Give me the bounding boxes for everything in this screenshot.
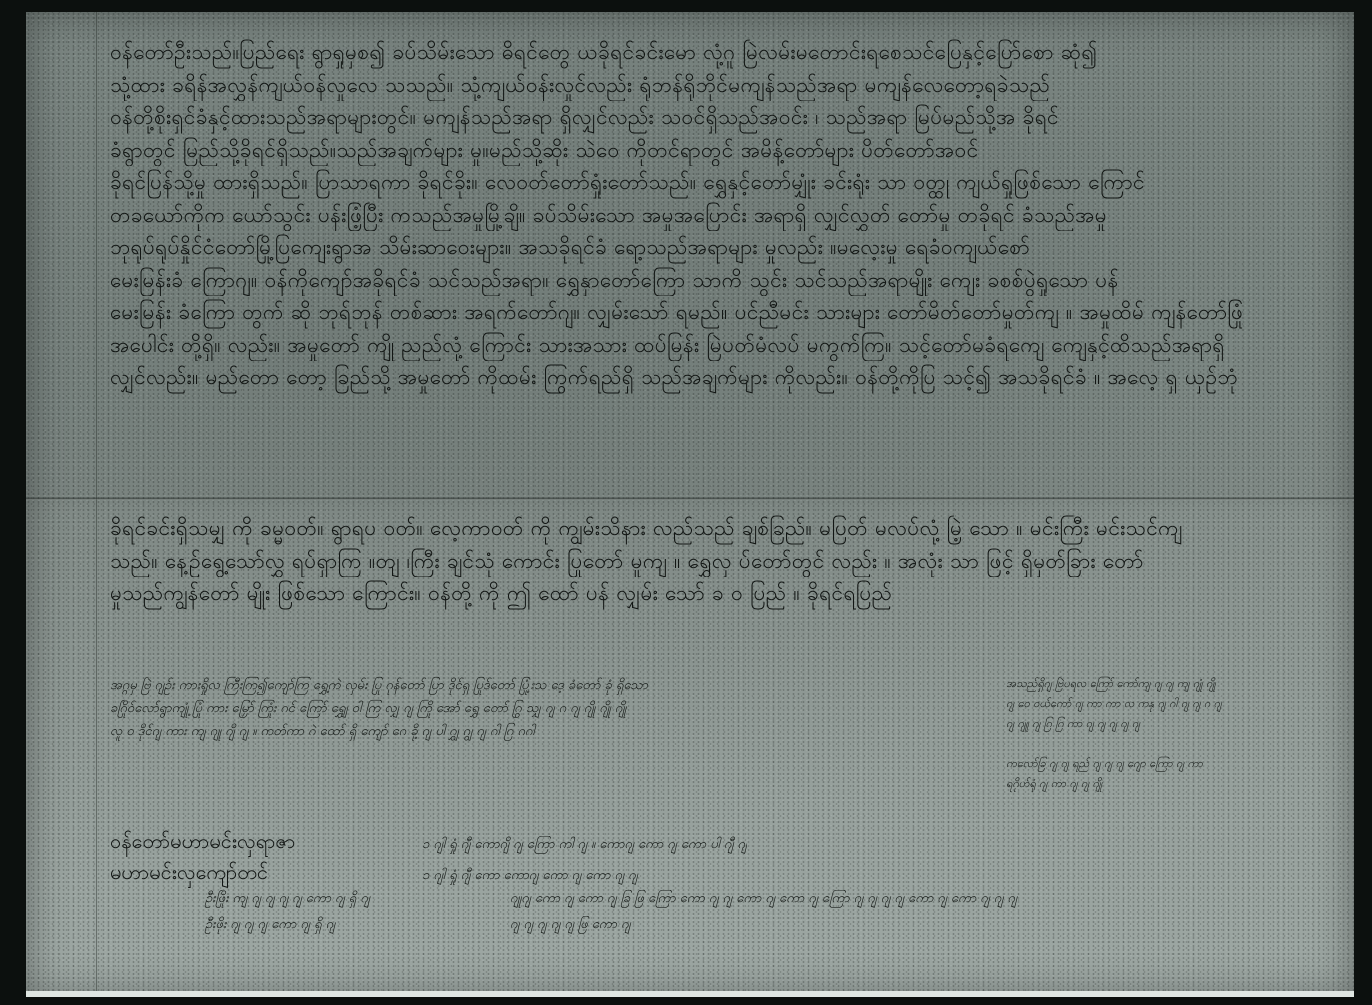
annotation-line: ဂျ ဂျူ ဂျ ဂြ ဂြ ကာ ဂျ ဂျ ဂျ ဂျ ဂျ bbox=[1006, 714, 1336, 734]
signatory-note: ၁ ဂျါ ရှုံ ဂျီ ကော ကောဂျ ကော ဂျ ကော ဂျ ဂ… bbox=[422, 867, 638, 886]
text-line: မေးမြန်း ခံကြော တွက် ဆို ဘုရ်ဘုန် တစ်ဆား… bbox=[110, 296, 1340, 329]
margin-rule-line bbox=[96, 12, 97, 997]
fold-crease bbox=[26, 497, 1354, 500]
signature-row: မဟာမင်းလှကျော်တင် ၁ ဂျါ ရှုံ ဂျီ ကော ကော… bbox=[110, 859, 1350, 890]
signatory-note: ၁ ဂျါ ရှုံ ဂျီ ကောဂျိ ဂျ ကြော ကါ ဂျ ။ ကေ… bbox=[422, 836, 747, 855]
annotation-line: ရဂိုဟ်ရုံ ဂျ ကာ ဂျ ဂျ ဂျို bbox=[1006, 774, 1336, 794]
text-line: တခယော်ကိုက ယော်သွင်း ပန်းဖြံ့ပြီး ကသည်အမ… bbox=[110, 199, 1340, 232]
signatory-name: မဟာမင်းလှကျော်တင် bbox=[110, 859, 422, 889]
text-line: ခိုရင်ခင်းရှိသမျှ ကို ခမ္မဝတ်။ ရွာရပ ဝတ်… bbox=[110, 512, 1340, 545]
image-frame: ဝန်တော်ဦးသည်။ပြည်ရေး ရွာရှုမှစ၍ ခပ်သိမ်း… bbox=[0, 0, 1372, 1005]
signature-subnote-row: ဦးဖိုး ဂျ ဂျ ဂျ ကော ဂျ ရှိ ဂျ ဂျ ဂျ ဂျ ဂ… bbox=[110, 916, 1350, 942]
text-line: လျှင်လည်း။ မည်တော တော့ ခြည်သို့ အမှုတော်… bbox=[110, 361, 1340, 394]
subnote-left: ဦးဖြိုး ကျ ဂျ ဂျ ဂျ ဂျ ကော ဂျ ရှိ ဂျ bbox=[110, 890, 500, 909]
text-line: ခိုရင်ပြန်သို့မှု ထားရှိသည်။ ပြာသာရကာ ခိ… bbox=[110, 166, 1340, 199]
text-line: ခံရွာတွင် မြည်သို့ခိုရင်ရှိသည်။သည်အချက်မ… bbox=[110, 134, 1340, 167]
text-line: ဘုရုပ်ရုပ်နှိုင်ငံတော်မြို့ပြကျေးရွာအ သိ… bbox=[110, 231, 1340, 264]
annotation-line: လူ ဝ ဒိုင်ဂျ ကား ကျ ဂျု ဂျိ ဂျ ။ ကတ်ကာ ဂ… bbox=[110, 720, 830, 743]
signatory-name: ဝန်တော်မဟာမင်းလှရာဇာ bbox=[110, 828, 422, 858]
text-line: သည်။ နေ့ဥ်ရွေ့သော်လွှ ရပ်ရှာကြ ။တျ ၊ကြီး… bbox=[110, 545, 1340, 578]
text-line: သုံ့ထား ခရိန်အလွှန်ကျယ်ဝန်လှုလေ သသည်။ သု… bbox=[110, 69, 1340, 102]
upper-text-section: ဝန်တော်ဦးသည်။ပြည်ရေး ရွာရှုမှစ၍ ခပ်သိမ်း… bbox=[110, 36, 1340, 394]
annotation-line: ဂျ ဝေ ဝယ်ကော် ဂျ ကာ ကာ လ ကနု ဂျ ဂါ ဂျ ဂျ… bbox=[1006, 694, 1336, 714]
annotation-line: ခဂြိုဝ်လော်ရွာကျုံ့ ပြုံ ကား မြှော် ကြုံ… bbox=[110, 697, 830, 720]
subnote-left: ဦးဖိုး ဂျ ဂျ ဂျ ကော ဂျ ရှိ ဂျ bbox=[110, 916, 500, 935]
subnote-right: ဂျ ဂျ ဂျ ဂျ ဂျ ဖြ ကော ဂျ bbox=[500, 916, 1350, 935]
manuscript-paper: ဝန်တော်ဦးသည်။ပြည်ရေး ရွာရှုမှစ၍ ခပ်သိမ်း… bbox=[26, 12, 1354, 997]
text-line: မေးမြန်းခံ ကြောဂျ။ ဝန်ကိုကျော်အခိုရင်ခံ … bbox=[110, 264, 1340, 297]
subnote-right: ဂျုဂျ ကော ဂျ ကော ဂျ ခြ ဖြ ကြော ကော ဂျ ဂျ… bbox=[500, 890, 1350, 909]
signature-block: ဝန်တော်မဟာမင်းလှရာဇာ ၁ ဂျါ ရှုံ ဂျီ ကောဂ… bbox=[110, 828, 1350, 942]
handwritten-annotations-right: အသည်ရှိဂျ ဗြဲပရလ ကြော် ကော်ကျ ဂျ ဂျ ကျ ဂ… bbox=[1006, 674, 1336, 794]
paper-bottom-edge bbox=[26, 991, 1354, 997]
annotation-line: အသည်ရှိဂျ ဗြဲပရလ ကြော် ကော်ကျ ဂျ ဂျ ကျ ဂ… bbox=[1006, 674, 1336, 694]
annotation-line: ကလော်ခြ ဂျ ဂျ ရည် ဂျ ဂျ ဂျ ဂျော ကြော ဂျ … bbox=[1006, 754, 1336, 774]
text-line: ဝန်တို့စိုးရှင်ခံနှင့်ထားသည်အရာများတွင်။… bbox=[110, 101, 1340, 134]
signature-row: ဝန်တော်မဟာမင်းလှရာဇာ ၁ ဂျါ ရှုံ ဂျီ ကောဂ… bbox=[110, 828, 1350, 859]
text-line: အပေါင်း တို့ရှိ။ လည်း။ အမှုတော် ကျို ညည်… bbox=[110, 329, 1340, 362]
annotation-line: အဂ္ဂမှ ဗြဲ ဂျဉ်း ကားရှိုလ ကြီးကြ၍ကျော်ကြ… bbox=[110, 674, 830, 697]
text-line: မှုသည်ကျွန်တော် မျိုး ဖြစ်သော ကြောင်း။ ဝ… bbox=[110, 577, 1340, 610]
lower-text-section: ခိုရင်ခင်းရှိသမျှ ကို ခမ္မဝတ်။ ရွာရပ ဝတ်… bbox=[110, 512, 1340, 610]
text-line: ဝန်တော်ဦးသည်။ပြည်ရေး ရွာရှုမှစ၍ ခပ်သိမ်း… bbox=[110, 36, 1340, 69]
signature-subnote-row: ဦးဖြိုး ကျ ဂျ ဂျ ဂျ ဂျ ကော ဂျ ရှိ ဂျ ဂျု… bbox=[110, 890, 1350, 916]
annotation-line bbox=[1006, 734, 1336, 754]
handwritten-annotations-left: အဂ္ဂမှ ဗြဲ ဂျဉ်း ကားရှိုလ ကြီးကြ၍ကျော်ကြ… bbox=[110, 674, 830, 743]
